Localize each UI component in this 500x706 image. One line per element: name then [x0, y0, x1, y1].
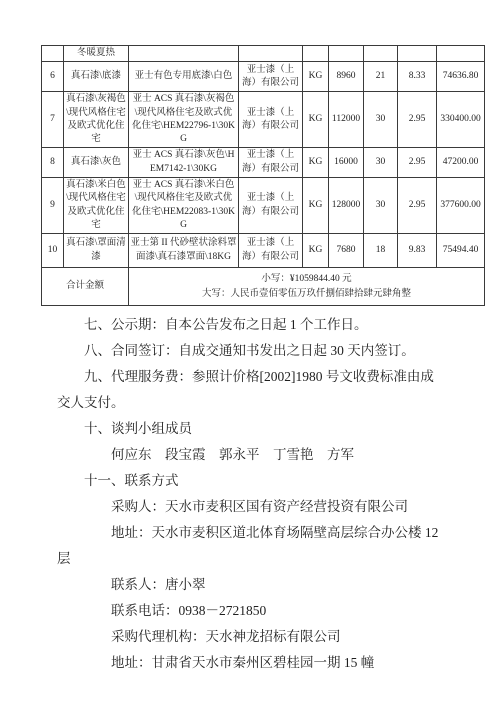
cell-unit: KG	[303, 178, 329, 234]
cell-seq: 6	[42, 62, 64, 92]
paragraph-public-notice-period: 七、公示期：自本公告发布之日起 1 个工作日。	[57, 312, 447, 338]
contact-agency-address: 地址：甘肃省天水市秦州区碧桂园一期 15 幢	[57, 650, 447, 676]
cell-unit	[303, 46, 329, 62]
cell-qty: 8960	[329, 62, 364, 92]
total-amount-lowercase: 小写：¥1059844.40 元	[130, 272, 483, 287]
total-amounts-cell: 小写：¥1059844.40 元 大写：人民币壹佰零伍万玖仟捌佰肆拾肆元肆角整	[129, 268, 485, 306]
cell-maker: 亚士漆（上海）有限公司	[239, 234, 303, 268]
cell-name: 真石漆\罩面清漆	[64, 234, 129, 268]
cell-pack: 30	[364, 148, 398, 178]
heading-contact-info: 十一、联系方式	[57, 468, 447, 494]
cell-pack	[364, 46, 398, 62]
cell-amount: 330400.00	[437, 92, 485, 148]
cell-price	[398, 46, 437, 62]
table-row-total: 合计金额 小写：¥1059844.40 元 大写：人民币壹佰零伍万玖仟捌佰肆拾肆…	[42, 268, 485, 306]
cell-name: 冬暖夏热	[64, 46, 129, 62]
cell-amount: 75494.40	[437, 234, 485, 268]
table-row-10: 10 真石漆\罩面清漆 亚士第 II 代砂壁状涂料罩面漆\真石漆罩面\18KG …	[42, 234, 485, 268]
table-row-7: 7 真石漆\灰褐色\现代风格住宅及欧式优化住宅 亚士 ACS 真石漆\灰褐色\现…	[42, 92, 485, 148]
cell-spec: 亚士 ACS 真石漆\米白色\现代风格住宅及欧式优化住宅\HEM22083-1\…	[129, 178, 239, 234]
document-page: 冬暖夏热 6 真石漆\底漆 亚士有色专用底漆\白色 亚士漆（上海）有限公司 KG…	[0, 0, 500, 706]
cell-maker: 亚士漆（上海）有限公司	[239, 178, 303, 234]
cell-amount	[437, 46, 485, 62]
table-row-partial: 冬暖夏热	[42, 46, 485, 62]
cell-price: 9.83	[398, 234, 437, 268]
cell-name: 真石漆\底漆	[64, 62, 129, 92]
cell-unit: KG	[303, 62, 329, 92]
contact-phone: 联系电话：0938－2721850	[57, 598, 447, 624]
cell-amount: 74636.80	[437, 62, 485, 92]
heading-negotiation-team: 十、谈判小组成员	[57, 416, 447, 442]
announcement-body: 七、公示期：自本公告发布之日起 1 个工作日。 八、合同签订：自成交通知书发出之…	[57, 312, 447, 676]
cell-spec: 亚士第 II 代砂壁状涂料罩面漆\真石漆罩面\18KG	[129, 234, 239, 268]
cell-seq: 10	[42, 234, 64, 268]
cell-pack: 18	[364, 234, 398, 268]
cell-maker: 亚士漆（上海）有限公司	[239, 62, 303, 92]
procurement-items-table: 冬暖夏热 6 真石漆\底漆 亚士有色专用底漆\白色 亚士漆（上海）有限公司 KG…	[41, 45, 485, 306]
table-row-9: 9 真石漆\米白色\现代风格住宅及欧式优化住宅 亚士 ACS 真石漆\米白色\现…	[42, 178, 485, 234]
negotiation-team-members: 何应东 段宝霞 郭永平 丁雪艳 方军	[57, 442, 447, 468]
cell-seq: 8	[42, 148, 64, 178]
cell-pack: 30	[364, 92, 398, 148]
paragraph-agency-fee: 九、代理服务费：参照计价格[2002]1980 号文收费标准由成交人支付。	[57, 364, 447, 416]
cell-unit: KG	[303, 234, 329, 268]
cell-spec: 亚士 ACS 真石漆\灰褐色\现代风格住宅及欧式优化住宅\HEM22796-1\…	[129, 92, 239, 148]
cell-qty: 128000	[329, 178, 364, 234]
cell-qty: 112000	[329, 92, 364, 148]
cell-seq: 7	[42, 92, 64, 148]
cell-name: 真石漆\米白色\现代风格住宅及欧式优化住宅	[64, 178, 129, 234]
cell-pack: 21	[364, 62, 398, 92]
paragraph-contract-signing: 八、合同签订：自成交通知书发出之日起 30 天内签订。	[57, 338, 447, 364]
cell-qty: 16000	[329, 148, 364, 178]
cell-price: 2.95	[398, 92, 437, 148]
cell-maker: 亚士漆（上海）有限公司	[239, 92, 303, 148]
cell-spec	[129, 46, 239, 62]
cell-price: 2.95	[398, 178, 437, 234]
cell-name: 真石漆\灰褐色\现代风格住宅及欧式优化住宅	[64, 92, 129, 148]
cell-maker	[239, 46, 303, 62]
cell-price: 8.33	[398, 62, 437, 92]
cell-qty	[329, 46, 364, 62]
cell-maker: 亚士漆（上海）有限公司	[239, 148, 303, 178]
cell-name: 真石漆\灰色	[64, 148, 129, 178]
cell-unit: KG	[303, 148, 329, 178]
table-row-8: 8 真石漆\灰色 亚士 ACS 真石漆\灰色\HEM7142-1\30KG 亚士…	[42, 148, 485, 178]
total-label: 合计金额	[42, 268, 129, 306]
total-amount-uppercase: 大写：人民币壹佰零伍万玖仟捌佰肆拾肆元肆角整	[130, 287, 483, 302]
cell-unit: KG	[303, 92, 329, 148]
cell-spec: 亚士有色专用底漆\白色	[129, 62, 239, 92]
contact-purchaser: 采购人：天水市麦积区国有资产经营投资有限公司	[57, 494, 447, 520]
table-row-6: 6 真石漆\底漆 亚士有色专用底漆\白色 亚士漆（上海）有限公司 KG 8960…	[42, 62, 485, 92]
cell-qty: 7680	[329, 234, 364, 268]
cell-spec: 亚士 ACS 真石漆\灰色\HEM7142-1\30KG	[129, 148, 239, 178]
cell-seq: 9	[42, 178, 64, 234]
contact-purchaser-address: 地址：天水市麦积区道北体育场隔壁高层综合办公楼 12 层	[57, 520, 447, 572]
cell-amount: 47200.00	[437, 148, 485, 178]
contact-person: 联系人：唐小翠	[57, 572, 447, 598]
cell-amount: 377600.00	[437, 178, 485, 234]
cell-price: 2.95	[398, 148, 437, 178]
cell-pack: 30	[364, 178, 398, 234]
contact-agency: 采购代理机构：天水神龙招标有限公司	[57, 624, 447, 650]
cell-seq	[42, 46, 64, 62]
